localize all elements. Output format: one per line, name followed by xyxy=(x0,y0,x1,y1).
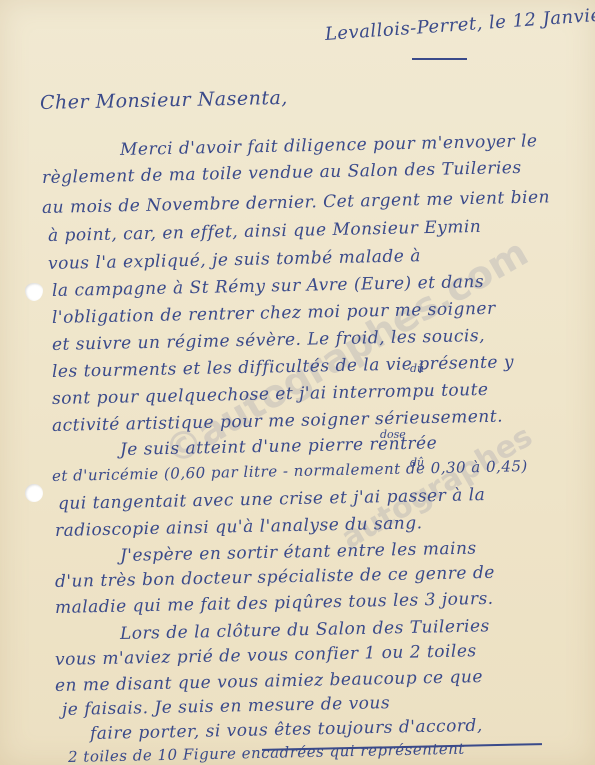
letter-line-17: d'un très bon docteur spécialiste de ce … xyxy=(55,563,495,592)
date-underline xyxy=(412,58,467,60)
annotation-du-2: dû xyxy=(410,456,424,469)
letter-line-4: à point, car, en effet, ainsi que Monsie… xyxy=(48,217,482,246)
letter-line-22: je faisais. Je suis en mesure de vous xyxy=(62,693,391,720)
letter-line-19: Lors de la clôture du Salon des Tuilerie… xyxy=(120,616,490,644)
letter-line-8: et suivre un régime sévère. Le froid, le… xyxy=(52,326,485,355)
letter-line-20: vous m'aviez prié de vous confier 1 ou 2… xyxy=(55,641,477,670)
salutation: Cher Monsieur Nasenta, xyxy=(40,87,288,114)
punch-hole-bottom xyxy=(25,484,43,502)
letter-line-2: règlement de ma toile vendue au Salon de… xyxy=(42,158,522,188)
letter-line-1: Merci d'avoir fait diligence pour m'envo… xyxy=(120,131,538,160)
letter-line-3: au mois de Novembre dernier. Cet argent … xyxy=(42,187,550,218)
annotation-du: dû xyxy=(410,362,424,375)
letter-line-5: vous l'a expliqué, je suis tombé malade … xyxy=(48,246,421,274)
letter-line-18: maladie qui me fait des piqûres tous les… xyxy=(55,589,494,618)
letter-line-11: activité artistique pour me soigner séri… xyxy=(52,407,503,436)
place-date: Levallois-Perret, le 12 Janvier 1951 xyxy=(324,0,595,45)
annotation-dose: dose xyxy=(380,428,406,441)
letter-page: ©autographes.com autographes Levallois-P… xyxy=(0,0,595,765)
letter-line-21: en me disant que vous aimiez beaucoup ce… xyxy=(55,667,483,696)
letter-line-16: J'espère en sortir étant entre les mains xyxy=(120,539,477,566)
letter-line-24: 2 toiles de 10 Figure encadrées qui repr… xyxy=(68,740,465,765)
punch-hole-top xyxy=(25,283,43,301)
